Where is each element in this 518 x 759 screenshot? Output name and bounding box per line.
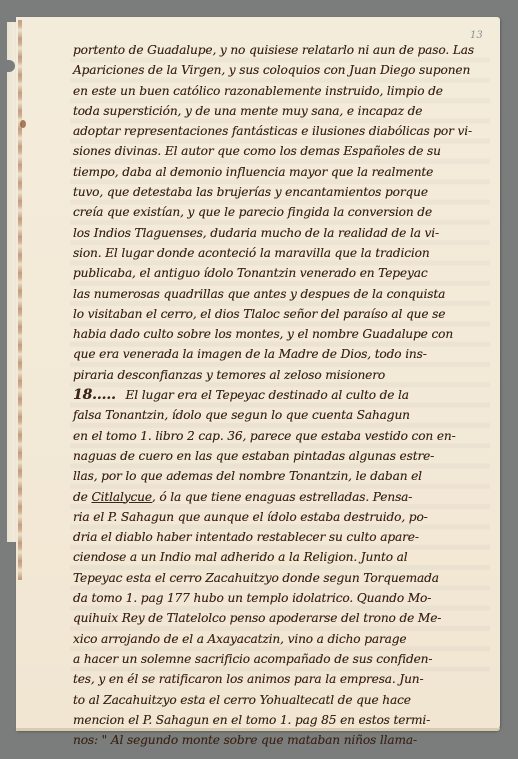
text-line: falsa Tonantzin, ídolo que segun lo que …: [73, 405, 473, 425]
text-line: las numerosas quadrillas que antes y des…: [73, 284, 473, 304]
text-line: en este un buen católico razonablemente …: [73, 81, 473, 101]
text-line-content: El lugar era el Tepeyac destinado al cul…: [126, 388, 409, 402]
text-line: llas, por lo que ademas del nombre Tonan…: [73, 466, 473, 486]
text-line: ciendose a un Indio mal adherido a la Re…: [73, 547, 473, 567]
text-line: publicaba, el antiguo ídolo Tonantzin ve…: [73, 263, 473, 283]
text-line: siones divinas. El autor que como los de…: [73, 141, 473, 161]
text-line: portento de Guadalupe, y no quisiese rel…: [73, 40, 473, 60]
text-line: naguas de cuero en las que estaban pinta…: [73, 446, 473, 466]
text-line: de Citlalycue, ó la que tiene enaguas es…: [73, 487, 473, 507]
text-line: a hacer un solemne sacrificio acompañado…: [73, 649, 473, 669]
manuscript-text: portento de Guadalupe, y no quisiese rel…: [73, 40, 473, 750]
underlined-word: Citlalycue: [91, 490, 151, 504]
text-line: xico arrojando de el a Axayacatzin, vino…: [73, 629, 473, 649]
text-line: creía que existían, y que le parecio fin…: [73, 202, 473, 222]
text-line: los Indios Tlaguenses, dudaria mucho de …: [73, 223, 473, 243]
text-line: da tomo 1. pag 177 hubo un templo idolat…: [73, 588, 473, 608]
text-line: sion. El lugar donde aconteció la maravi…: [73, 243, 473, 263]
text-line: tuvo, que detestaba las brujerías y enca…: [73, 182, 473, 202]
paragraph-number: 18.....: [73, 387, 116, 403]
ink-stain: [20, 120, 26, 128]
text-line: Tepeyac esta el cerro Zacahuitzyo donde …: [73, 568, 473, 588]
binding-stain: [18, 20, 22, 580]
text-line: tes, y en él se ratificaron los animos p…: [73, 669, 473, 689]
text-line: ria el P. Sahagun que aunque el ídolo es…: [73, 507, 473, 527]
text-line: nos: " Al segundo monte sobre que mataba…: [73, 730, 473, 750]
text-line: quihuix Rey de Tlatelolco penso apoderar…: [73, 608, 473, 628]
text-line: adoptar representaciones fantásticas e i…: [73, 121, 473, 141]
text-line: piraria desconfianzas y temores al zelos…: [73, 365, 473, 385]
paragraph-start-line: 18..... El lugar era el Tepeyac destinad…: [73, 385, 473, 405]
text-line: tiempo, daba al demonio influencia mayor…: [73, 162, 473, 182]
text-line: Apariciones de la Virgen, y sus coloquio…: [73, 60, 473, 80]
text-line: dria el diablo haber intentado restablec…: [73, 527, 473, 547]
text-line: que era venerada la imagen de la Madre d…: [73, 344, 473, 364]
text-line: habia dado culto sobre los montes, y el …: [73, 324, 473, 344]
text-line: lo visitaban el cerro, el dios Tlaloc se…: [73, 304, 473, 324]
text-line: to al Zacahuitzyo esta el cerro Yohualte…: [73, 690, 473, 710]
text-line: toda superstición, y de una mente muy sa…: [73, 101, 473, 121]
text-line: mencion el P. Sahagun en el tomo 1. pag …: [73, 710, 473, 730]
text-line: en el tomo 1. libro 2 cap. 36, parece qu…: [73, 426, 473, 446]
